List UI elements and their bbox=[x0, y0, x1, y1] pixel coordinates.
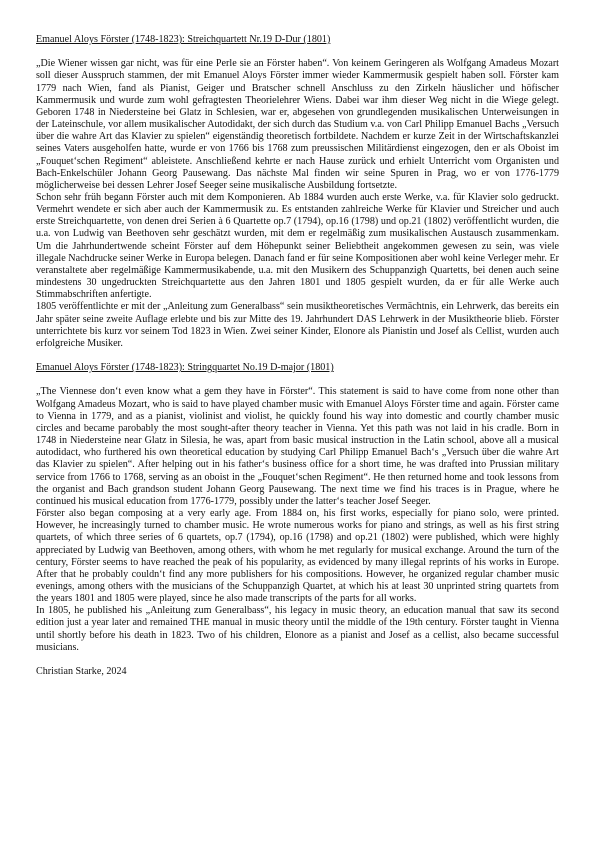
paragraph-english-legacy: In 1805, he published his „Anleitung zum… bbox=[36, 605, 559, 654]
paragraph-english-biography: „The Viennese don‘t even know what a gem… bbox=[36, 386, 559, 508]
section-german: Emanuel Aloys Förster (1748-1823): Strei… bbox=[36, 34, 559, 350]
section-english: Emanuel Aloys Förster (1748-1823): Strin… bbox=[36, 362, 559, 654]
paragraph-german-compositions: Schon sehr früh begann Förster auch mit … bbox=[36, 192, 559, 301]
paragraph-english-compositions: Förster also began composing at a very e… bbox=[36, 508, 559, 605]
section-title-german: Emanuel Aloys Förster (1748-1823): Strei… bbox=[36, 34, 559, 46]
paragraph-german-biography: „Die Wiener wissen gar nicht, was für ei… bbox=[36, 58, 559, 192]
author-signature: Christian Starke, 2024 bbox=[36, 666, 559, 678]
paragraph-german-legacy: 1805 veröffentlichte er mit der „Anleitu… bbox=[36, 301, 559, 350]
document-page: Emanuel Aloys Förster (1748-1823): Strei… bbox=[36, 34, 559, 678]
section-title-english: Emanuel Aloys Förster (1748-1823): Strin… bbox=[36, 362, 559, 374]
